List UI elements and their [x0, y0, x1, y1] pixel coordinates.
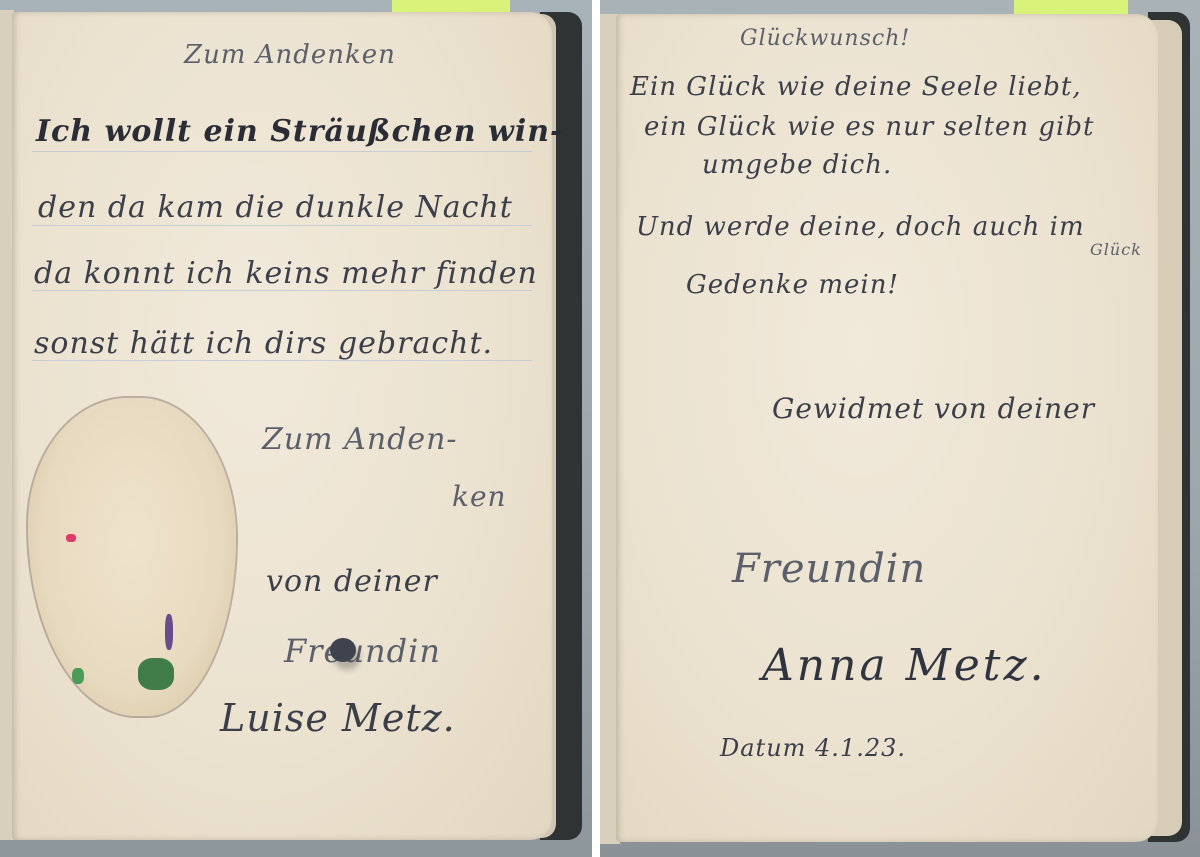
bookmark-tab [1014, 0, 1128, 14]
paint-fleck [72, 668, 84, 684]
signature: Luise Metz. [220, 696, 456, 740]
date: Datum 4.1.23. [720, 734, 906, 762]
paint-fleck [165, 614, 173, 650]
verse-line: Gedenke mein! [686, 270, 899, 300]
signature: Anna Metz. [762, 640, 1047, 691]
verse-line: den da kam die dunkle Nacht [38, 190, 513, 225]
inserted-word: Glück [1090, 240, 1142, 259]
closing-line: Freundin [284, 632, 441, 670]
page-heading: Zum Andenken [184, 40, 396, 70]
closing-line: Zum Anden- [262, 422, 458, 457]
left-page-photo: Zum Andenken Ich wollt ein Sträußchen wi… [0, 0, 592, 857]
page-heading: Glückwunsch! [740, 26, 910, 51]
verse-line: umgebe dich. [702, 150, 892, 180]
verse-line: sonst hätt ich dirs gebracht. [34, 326, 493, 361]
ink-blot [330, 638, 356, 662]
right-page-photo: Glückwunsch! Ein Glück wie deine Seele l… [600, 0, 1200, 857]
right-page: Glückwunsch! Ein Glück wie deine Seele l… [616, 14, 1158, 842]
verse-line: ein Glück wie es nur selten gibt [644, 112, 1094, 142]
verse-line: Und werde deine, doch auch im [636, 212, 1085, 242]
verse-line: da konnt ich keins mehr finden [34, 256, 538, 291]
verse-line: Ich wollt ein Sträußchen win- [36, 114, 564, 149]
closing-line: Freundin [732, 546, 926, 592]
verse-line: Ein Glück wie deine Seele liebt, [630, 72, 1082, 102]
closing-line: Gewidmet von deiner [772, 392, 1095, 425]
paint-fleck [138, 658, 174, 690]
closing-line: ken [452, 480, 507, 513]
paint-fleck [66, 534, 76, 542]
closing-line: von deiner [266, 564, 438, 599]
